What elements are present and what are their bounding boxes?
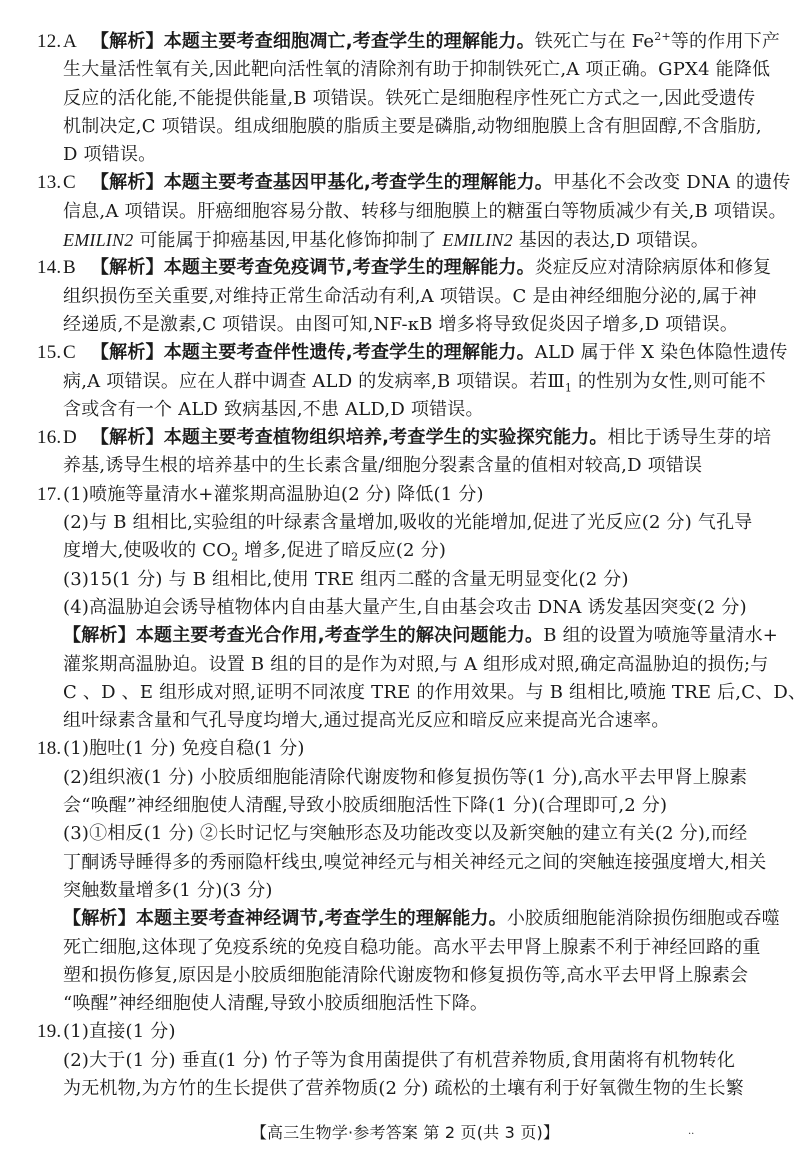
item-12-line-3: 反应的活化能,不能提供能量,B 项错误。铁死亡是细胞程序性死亡方式之一,因此受遗… (0, 85, 800, 113)
analysis-focus: 本题主要考查细胞凋亡,考查学生的理解能力。 (164, 31, 535, 52)
answer-choice: C (63, 339, 85, 367)
item-16-line-2: 养基,诱导生根的培养基中的生长素含量/细胞分裂素含量的值相对较高,D 项错误 (0, 452, 800, 480)
item-17-analysis-1: 【解析】本题主要考查光合作用,考查学生的解决问题能力。B 组的设置为喷施等量清水… (0, 622, 800, 650)
question-number: 15. (37, 339, 63, 367)
item-17-line-5: (4)高温胁迫会诱导植物体内自由基大量产生,自由基会攻击 DNA 诱发基因突变(… (0, 594, 800, 622)
item-12-line-4: 机制决定,C 项错误。组成细胞膜的脂质主要是磷脂,动物细胞膜上含有胆固醇,不含脂… (0, 113, 800, 141)
item-13-line-3: EMILIN2 可能属于抑癌基因,甲基化修饰抑制了 EMILIN2 基因的表达,… (0, 226, 800, 254)
item-19-line-1: 19.(1)直接(1 分) (0, 1018, 800, 1046)
item-18-line-5: 丁酮诱导睡得多的秀丽隐杆线虫,嗅觉神经元与相关神经元之间的突触连接强度增大,相关 (0, 849, 800, 877)
analysis-tag: 【解析】 (91, 427, 164, 448)
question-number: 14. (37, 254, 63, 282)
item-18-analysis-3: 塑和损伤修复,原因是小胶质细胞能清除代谢废物和修复损伤等,高水平去甲肾上腺素会 (0, 962, 800, 990)
answer-text: 增多,促进了暗反应(2 分) (238, 540, 446, 561)
analysis-text: B 组的设置为喷施等量清水+ (543, 625, 778, 646)
analysis-text: 的性别为女性,则可能不 (572, 371, 766, 392)
item-13-line-2: 信息,A 项错误。肝癌细胞容易分散、转移与细胞膜上的糖蛋白等物质减少有关,B 项… (0, 198, 800, 226)
question-number: 12. (37, 28, 63, 56)
item-12-line-5: D 项错误。 (0, 141, 800, 169)
item-14-line-2: 组织损伤至关重要,对维持正常生命活动有利,A 项错误。C 是由神经细胞分泌的,属… (0, 283, 800, 311)
item-13-line-1: 13.C 【解析】本题主要考查基因甲基化,考查学生的理解能力。甲基化不会改变 D… (0, 169, 800, 197)
corner-mark: .. (688, 1126, 694, 1137)
analysis-tag: 【解析】 (63, 908, 136, 929)
analysis-text: 炎症反应对清除病原体和修复 (535, 257, 772, 278)
item-18-line-4: (3)①相反(1 分) ②长时记忆与突触形态及功能改变以及新突触的建立有关(2 … (0, 820, 800, 848)
analysis-text: 相比于诱导生芽的培 (608, 427, 772, 448)
answer-choice: D (63, 424, 85, 452)
answer-text: (1)胞吐(1 分) 免疫自稳(1 分) (63, 738, 305, 759)
footer-text: 【高三生物学·参考答案 第 2 页(共 3 页)】 (241, 1123, 559, 1142)
superscript: 2+ (654, 30, 671, 43)
question-number: 19. (37, 1018, 63, 1046)
item-16-line-1: 16.D 【解析】本题主要考查植物组织培养,考查学生的实验探究能力。相比于诱导生… (0, 424, 800, 452)
question-number: 13. (37, 169, 63, 197)
analysis-text: 可能属于抑癌基因,甲基化修饰抑制了 (133, 230, 442, 251)
analysis-focus: 本题主要考查植物组织培养,考查学生的实验探究能力。 (164, 427, 608, 448)
analysis-text: 甲基化不会改变 DNA 的遗传 (553, 172, 791, 193)
gene-name: EMILIN2 (442, 230, 512, 250)
answer-choice: A (63, 28, 85, 56)
answer-text: 度增大,使吸收的 CO (63, 540, 231, 561)
item-12-line-2: 生大量活性氧有关,因此靶向活性氧的清除剂有助于抑制铁死亡,A 项正确。GPX4 … (0, 56, 800, 84)
answer-text: (1)喷施等量清水+灌浆期高温胁迫(2 分) 降低(1 分) (63, 484, 484, 505)
answer-document: 12.A 【解析】本题主要考查细胞凋亡,考查学生的理解能力。铁死亡与在 Fe2+… (0, 28, 800, 1103)
item-17-analysis-3: C 、D 、E 组形成对照,证明不同浓度 TRE 的作用效果。与 B 组相比,喷… (0, 679, 800, 707)
item-19-line-3: 为无机物,为方竹的生长提供了营养物质(2 分) 疏松的土壤有利于好氧微生物的生长… (0, 1075, 800, 1103)
item-14-line-1: 14.B 【解析】本题主要考查免疫调节,考查学生的理解能力。炎症反应对清除病原体… (0, 254, 800, 282)
analysis-tag: 【解析】 (63, 625, 136, 646)
analysis-tag: 【解析】 (91, 31, 164, 52)
item-17-line-1: 17.(1)喷施等量清水+灌浆期高温胁迫(2 分) 降低(1 分) (0, 481, 800, 509)
item-15-line-1: 15.C 【解析】本题主要考查伴性遗传,考查学生的理解能力。ALD 属于伴 X … (0, 339, 800, 367)
analysis-focus: 本题主要考查基因甲基化,考查学生的理解能力。 (164, 172, 553, 193)
analysis-text: 铁死亡与在 Fe (535, 31, 654, 52)
analysis-focus: 本题主要考查光合作用,考查学生的解决问题能力。 (136, 625, 543, 646)
analysis-text: 病,A 项错误。应在人群中调查 ALD 的发病率,B 项错误。若Ⅲ (63, 371, 565, 392)
analysis-text: ALD 属于伴 X 染色体隐性遗传 (535, 342, 788, 363)
item-17-line-2: (2)与 B 组相比,实验组的叶绿素含量增加,吸收的光能增加,促进了光反应(2 … (0, 509, 800, 537)
item-18-line-2: (2)组织液(1 分) 小胶质细胞能清除代谢废物和修复损伤等(1 分),高水平去… (0, 764, 800, 792)
item-18-analysis-2: 死亡细胞,这体现了免疫系统的免疫自稳功能。高水平去甲肾上腺素不利于神经回路的重 (0, 934, 800, 962)
item-17-analysis-2: 灌浆期高温胁迫。设置 B 组的目的是作为对照,与 A 组形成对照,确定高温胁迫的… (0, 651, 800, 679)
gene-name: EMILIN2 (63, 230, 133, 250)
item-17-line-3: 度增大,使吸收的 CO2 增多,促进了暗反应(2 分) (0, 537, 800, 565)
item-18-analysis-4: “唤醒”神经细胞使人清醒,导致小胶质细胞活性下降。 (0, 990, 800, 1018)
analysis-text: 小胶质细胞能消除损伤细胞或吞噬 (507, 908, 780, 929)
item-12-line-1: 12.A 【解析】本题主要考查细胞凋亡,考查学生的理解能力。铁死亡与在 Fe2+… (0, 28, 800, 56)
analysis-focus: 本题主要考查神经调节,考查学生的理解能力。 (136, 908, 507, 929)
question-number: 16. (37, 424, 63, 452)
analysis-text: 等的作用下产 (671, 31, 780, 52)
item-17-analysis-4: 组叶绿素含量和气孔导度均增大,通过提高光反应和暗反应来提高光合速率。 (0, 707, 800, 735)
analysis-text: 基因的表达,D 项错误。 (513, 230, 709, 251)
answer-choice: C (63, 169, 85, 197)
page-footer: 【高三生物学·参考答案 第 2 页(共 3 页)】 (0, 1120, 800, 1143)
answer-choice: B (63, 254, 85, 282)
analysis-tag: 【解析】 (91, 342, 164, 363)
question-number: 17. (37, 481, 63, 509)
item-15-line-3: 含或含有一个 ALD 致病基因,不患 ALD,D 项错误。 (0, 396, 800, 424)
item-18-analysis-1: 【解析】本题主要考查神经调节,考查学生的理解能力。小胶质细胞能消除损伤细胞或吞噬 (0, 905, 800, 933)
item-15-line-2: 病,A 项错误。应在人群中调查 ALD 的发病率,B 项错误。若Ⅲ1 的性别为女… (0, 368, 800, 396)
item-18-line-1: 18.(1)胞吐(1 分) 免疫自稳(1 分) (0, 735, 800, 763)
question-number: 18. (37, 735, 63, 763)
item-18-line-6: 突触数量增多(1 分)(3 分) (0, 877, 800, 905)
item-18-line-3: 会“唤醒”神经细胞使人清醒,导致小胶质细胞活性下降(1 分)(合理即可,2 分) (0, 792, 800, 820)
analysis-focus: 本题主要考查伴性遗传,考查学生的理解能力。 (164, 342, 535, 363)
item-14-line-3: 经递质,不是激素,C 项错误。由图可知,NF-κB 增多将导致促炎因子增多,D … (0, 311, 800, 339)
analysis-tag: 【解析】 (91, 257, 164, 278)
analysis-focus: 本题主要考查免疫调节,考查学生的理解能力。 (164, 257, 535, 278)
answer-text: (1)直接(1 分) (63, 1021, 176, 1042)
analysis-tag: 【解析】 (91, 172, 164, 193)
item-19-line-2: (2)大于(1 分) 垂直(1 分) 竹子等为食用菌提供了有机营养物质,食用菌将… (0, 1047, 800, 1075)
item-17-line-4: (3)15(1 分) 与 B 组相比,使用 TRE 组丙二醛的含量无明显变化(2… (0, 566, 800, 594)
